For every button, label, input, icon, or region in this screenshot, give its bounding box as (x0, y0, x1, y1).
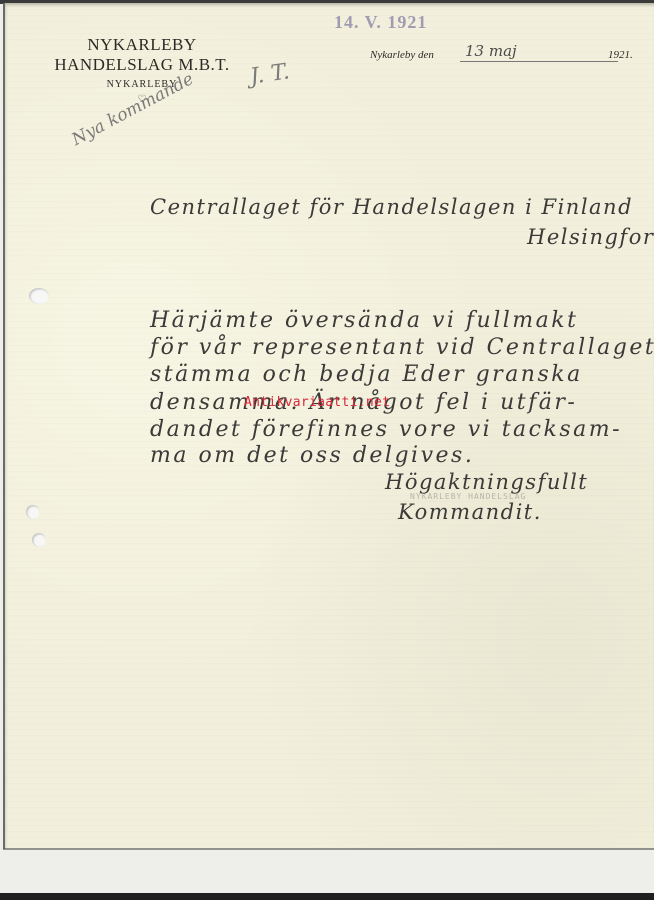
recipient-line-2: Helsingfors (527, 225, 654, 249)
body-line: dandet förefinnes vore vi tacksam- (150, 417, 622, 442)
dateline-rule (460, 61, 618, 62)
watermark-link[interactable]: Antikvariaatti.net (244, 395, 390, 410)
punch-hole-1 (29, 288, 49, 304)
dateline-prefix: Nykarleby den (370, 49, 434, 61)
dateline-year: 1921. (608, 49, 633, 61)
letterhead-company: HANDELSLAG M.B.T. (42, 55, 242, 75)
handwritten-date: 13 maj (465, 42, 517, 60)
body-line: Härjämte översända vi fullmakt (150, 308, 578, 333)
recipient-line-1: Centrallaget för Handelslagen i Finland (150, 195, 633, 219)
paper-bottom-edge (3, 848, 654, 850)
closing-salutation: Högaktningsfullt (385, 470, 588, 494)
dateline: Nykarleby den 13 maj 1921. (370, 46, 642, 64)
letterhead-town: NYKARLEBY (42, 35, 242, 55)
body-line: ma om det oss delgives. (150, 443, 474, 468)
scan-bottom-edge (0, 893, 654, 900)
closing-signature: Kommandit. (398, 500, 542, 524)
body-line: för vår representant vid Centrallagets (150, 335, 654, 360)
punch-hole-2 (26, 505, 40, 519)
received-date-stamp: 14. V. 1921 (334, 12, 427, 33)
body-line: stämma och bedja Eder granska (150, 362, 583, 387)
letterhead-place: NYKARLEBY (42, 79, 242, 90)
punch-hole-3 (32, 533, 46, 547)
